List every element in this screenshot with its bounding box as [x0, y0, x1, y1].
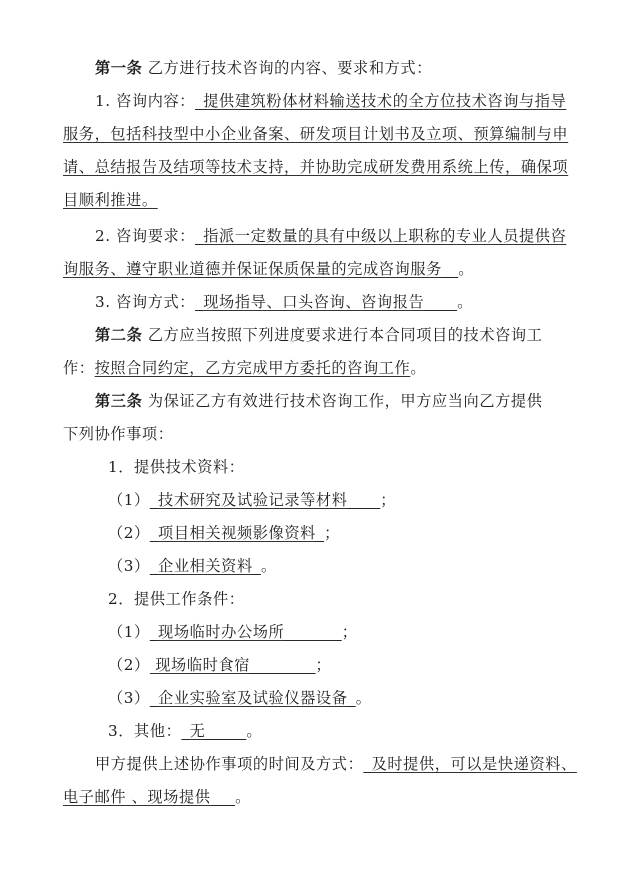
- timing-value-2: 电子邮件 、现场提供___: [63, 788, 235, 806]
- work-conditions-item-3: （3）_企业实验室及试验仪器设备_。: [108, 688, 608, 708]
- consult-method-value: _现场指导、口头咨询、咨询报告____: [195, 293, 457, 311]
- timing-line: 甲方提供上述协作事项的时间及方式：_及时提供，可以是快递资料、: [95, 754, 595, 774]
- consult-requirement-label: 2. 咨询要求：: [95, 227, 195, 245]
- article-3-text-2: 下列协作事项：: [63, 425, 174, 443]
- article-2-value: 按照合同约定，乙方完成甲方委托的咨询工作: [95, 359, 411, 377]
- tech-materials-item-2: （2）_项目相关视频影像资料_；: [108, 523, 608, 543]
- article-3-label: 第三条: [95, 392, 142, 410]
- work-conditions-item-1: （1）_现场临时办公场所_______；: [108, 622, 608, 642]
- article-2-line: 第二条 乙方应当按照下列进度要求进行本合同项目的技术咨询工: [95, 325, 595, 345]
- consult-content-value-4: 目顺利推进。: [63, 191, 158, 209]
- timing-label: 甲方提供上述协作事项的时间及方式：: [95, 755, 363, 773]
- consult-content-label: 1. 咨询内容：: [95, 92, 195, 110]
- other-value: _无_____: [181, 722, 246, 740]
- punctuation: ；: [324, 524, 340, 542]
- article-2-text: 乙方应当按照下列进度要求进行本合同项目的技术咨询工: [148, 326, 543, 344]
- consult-content-value-3: 请、总结报告及结项等技术支持，并协助完成研发费用系统上传，确保项: [63, 158, 568, 176]
- item-value: _企业实验室及试验仪器设备_: [150, 689, 356, 707]
- consult-method-line: 3. 咨询方式：_现场指导、口头咨询、咨询报告____。: [95, 292, 595, 312]
- tech-materials-item-1: （1）_技术研究及试验记录等材料____；: [108, 490, 608, 510]
- punctuation: ；: [380, 491, 396, 509]
- item-value: _技术研究及试验记录等材料____: [150, 491, 380, 509]
- tech-materials-heading: 1．提供技术资料：: [108, 457, 608, 477]
- item-number: （1）: [108, 491, 150, 509]
- other-line: 3．其他：_无_____。: [108, 721, 608, 741]
- item-number: （1）: [108, 623, 150, 641]
- timing-value: _及时提供，可以是快递资料、: [363, 755, 576, 773]
- timing-line-2: 电子邮件 、现场提供___。: [63, 787, 563, 807]
- article-1-heading-line: 第一条 乙方进行技术咨询的内容、要求和方式：: [95, 58, 595, 78]
- tech-materials-item-3: （3）_企业相关资料_。: [108, 556, 608, 576]
- article-2-line-2: 作：按照合同约定，乙方完成甲方委托的咨询工作。: [63, 358, 563, 378]
- item-value: _项目相关视频影像资料_: [150, 524, 324, 542]
- contract-page: 第一条 乙方进行技术咨询的内容、要求和方式： 1. 咨询内容：_提供建筑粉体材料…: [0, 0, 617, 883]
- consult-requirement-value: _指派一定数量的具有中级以上职称的专业人员提供咨: [195, 227, 566, 245]
- consult-method-label: 3. 咨询方式：: [95, 293, 195, 311]
- consult-requirement-value-2: 询服务、遵守职业道德并保证保质保量的完成咨询服务__: [63, 260, 458, 278]
- consult-content-line-3: 请、总结报告及结项等技术支持，并协助完成研发费用系统上传，确保项: [63, 157, 563, 177]
- consult-content-line-2: 服务，包括科技型中小企业备案、研发项目计划书及立项、预算编制与申: [63, 124, 563, 144]
- punctuation: 。: [356, 689, 372, 707]
- article-2-prefix: 作：: [63, 359, 95, 377]
- article-3-line: 第三条 为保证乙方有效进行技术咨询工作，甲方应当向乙方提供: [95, 391, 595, 411]
- item-value: _企业相关资料_: [150, 557, 261, 575]
- item-number: （2）: [108, 524, 150, 542]
- item-number: （2）: [108, 656, 150, 674]
- consult-content-value-2: 服务，包括科技型中小企业备案、研发项目计划书及立项、预算编制与申: [63, 125, 568, 143]
- work-conditions-item-2: （2） 现场临时食宿________；: [108, 655, 608, 675]
- consult-content-value: _提供建筑粉体材料输送技术的全方位技术咨询与指导: [195, 92, 566, 110]
- article-1-label: 第一条: [95, 59, 142, 77]
- punctuation: 。: [457, 293, 473, 311]
- punctuation: ；: [342, 623, 358, 641]
- article-3-text: 为保证乙方有效进行技术咨询工作，甲方应当向乙方提供: [148, 392, 543, 410]
- consult-requirement-line-2: 询服务、遵守职业道德并保证保质保量的完成咨询服务__。: [63, 259, 563, 279]
- punctuation: ；: [316, 656, 332, 674]
- item-value: 现场临时食宿________: [150, 656, 316, 674]
- article-2-label: 第二条: [95, 326, 142, 344]
- punctuation: 。: [261, 557, 277, 575]
- other-label: 3．其他：: [108, 722, 181, 740]
- work-conditions-heading: 2．提供工作条件：: [108, 589, 608, 609]
- punctuation: 。: [458, 260, 474, 278]
- consult-requirement-line: 2. 咨询要求：_指派一定数量的具有中级以上职称的专业人员提供咨: [95, 226, 595, 246]
- article-1-title: 乙方进行技术咨询的内容、要求和方式：: [148, 59, 432, 77]
- consult-content-line-4: 目顺利推进。: [63, 190, 563, 210]
- tech-materials-label: 1．提供技术资料：: [108, 458, 245, 476]
- item-number: （3）: [108, 689, 150, 707]
- work-conditions-label: 2．提供工作条件：: [108, 590, 245, 608]
- punctuation: 。: [410, 359, 426, 377]
- punctuation: 。: [246, 722, 262, 740]
- article-3-line-2: 下列协作事项：: [63, 424, 563, 444]
- consult-content-line: 1. 咨询内容：_提供建筑粉体材料输送技术的全方位技术咨询与指导: [95, 91, 595, 111]
- punctuation: 。: [235, 788, 251, 806]
- item-value: _现场临时办公场所_______: [150, 623, 342, 641]
- item-number: （3）: [108, 557, 150, 575]
